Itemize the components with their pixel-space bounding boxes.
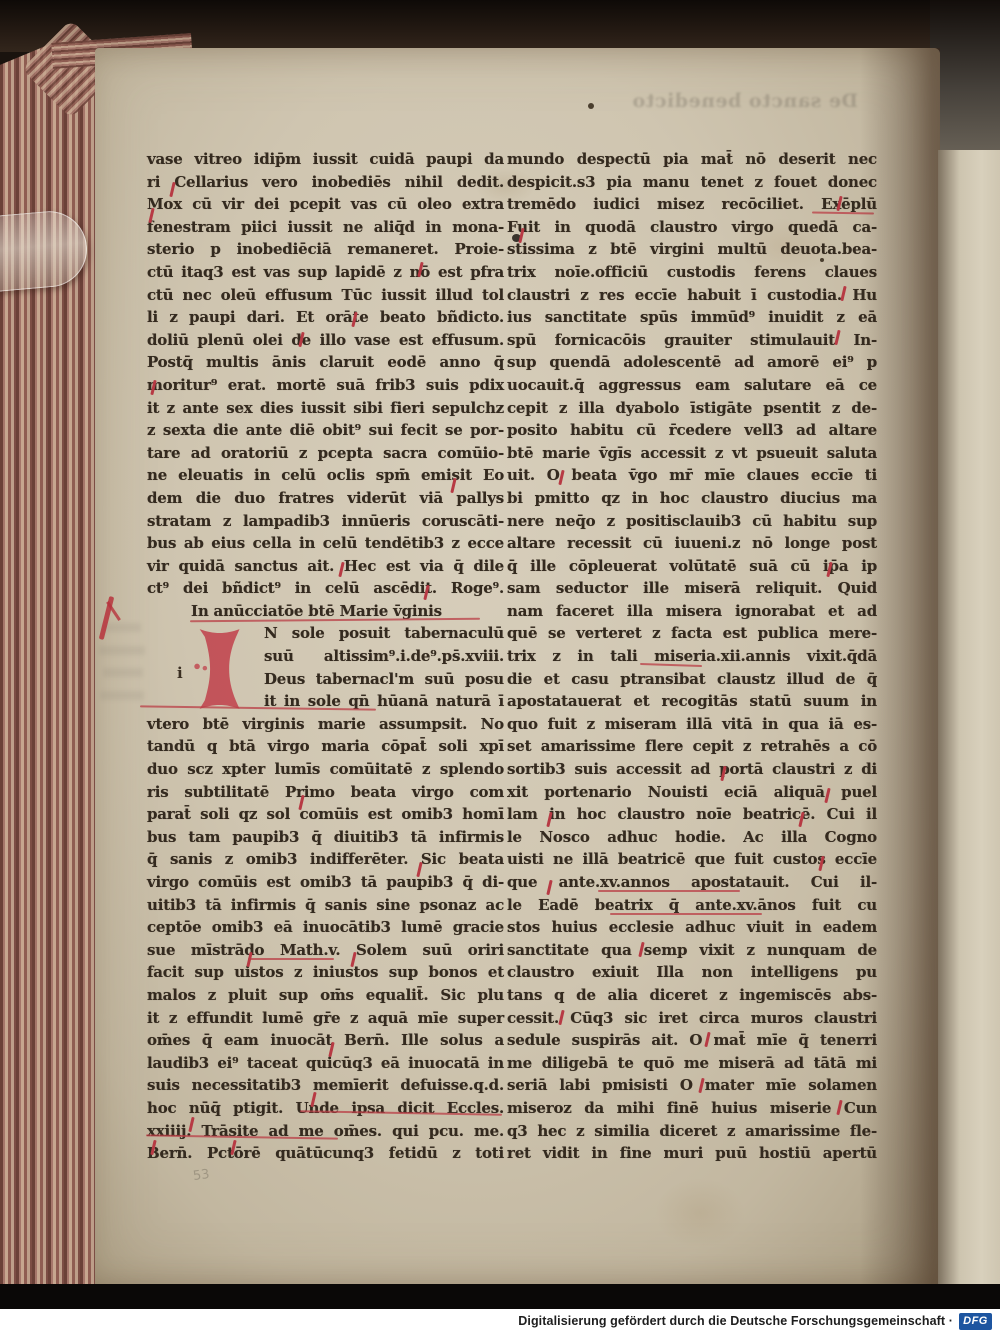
text-line: it z effundit lumē gr̄e z aquā mīe super (147, 1009, 504, 1032)
dfg-caption: Digitalisierung gefördert durch die Deut… (518, 1314, 953, 1328)
text-line: ceptōe omib3 eā inuocātib3 lumē gracie (147, 918, 504, 941)
text-line: stos huius ecclesie adhuc viuit in eadem (507, 918, 877, 941)
text-line: suis necessitatib3 memīerit defuisse.q.d… (147, 1076, 504, 1099)
text-line: vir quidā sanctus ait. Hec est via q̄ di… (147, 557, 504, 580)
text-line: sanctitate qua semp vixit z nunquam de (507, 941, 877, 964)
text-line: fenestram piici iussit ne aliq̄d in mona… (147, 218, 504, 241)
text-line: N sole posuit tabernaculū (264, 624, 504, 647)
text-line: nere neq̄o z positisclauib3 cū habitu su… (507, 512, 877, 535)
text-line: lam in hoc claustro noīe beatricē. Cui i… (507, 805, 877, 828)
text-line: ne eleuatis in celū oclis spm̄ emisit Eo (147, 466, 504, 489)
guide-letter: i (177, 664, 183, 682)
text-line: btē marie v̄gīs accessit z vt psueuit sa… (507, 444, 877, 467)
text-line: vase vitreo idip̄m iussit cuidā paupi da (147, 150, 504, 173)
text-line: tremēdo iudici misez recōciliet. Exēplū (507, 195, 877, 218)
text-line: ctū nec oleū effusum Tūc iussit illud to… (147, 286, 504, 309)
text-line: doliū plenū olei de illo vase est effusu… (147, 331, 504, 354)
paper-stain (655, 1178, 745, 1248)
text-line: tans q de alia diceret z ingemiscēs abs- (507, 986, 877, 1009)
illuminated-initial-I (191, 622, 243, 716)
text-line: Mox cū vir dei pcepit vas cū oleo extra (147, 195, 504, 218)
text-line: bi pmitto qz in hoc claustro diucius ma (507, 489, 877, 512)
text-line: spū fornicacōis grauiter stimulauit In- (507, 331, 877, 354)
text-line: sterio p inobediēciā remaneret. Proie- (147, 240, 504, 263)
facing-page-edge (938, 150, 1000, 1286)
text-line: laudib3 ei⁹ taceat quicūq3 eā inuocatā i… (147, 1054, 504, 1077)
scanned-book-page: De sancto benedicto vase vitreo idip̄m i… (0, 0, 1000, 1333)
text-line: q3 hec z similia diceret z amarissime fl… (507, 1122, 877, 1145)
text-line: mundo despectū pia mat̄ nō deserit nec (507, 150, 877, 173)
text-line: stissima z btē virgini multū deuota.bea- (507, 240, 877, 263)
text-line: ius sanctitate spūs immūd⁹ inuidit z eā (507, 308, 877, 331)
text-line: duo scz xpter lumīs comūitatē z splendo (147, 760, 504, 783)
text-line: quē se verteret z facta est publica mere… (507, 624, 877, 647)
text-column-left: vase vitreo idip̄m iussit cuidā paupi da… (147, 150, 504, 1167)
text-line: ctū itaq3 est vas sup lapidē z nō est pf… (147, 263, 504, 286)
showthrough-smudge (100, 691, 144, 700)
rubric-underline (598, 890, 740, 892)
text-line: facit sup uistos z iniustos sup bonos et (147, 963, 504, 986)
text-line: vtero btē virginis marie assumpsit. No (147, 715, 504, 738)
text-line: xit portenario Nouisti eciā aliquā puel (507, 783, 877, 806)
text-line: tandū q btā virgo maria cōpat̄ soli xpī (147, 737, 504, 760)
manuscript-page: De sancto benedicto vase vitreo idip̄m i… (95, 48, 940, 1286)
text-line: it z ante sex dies iussit sibi fieri sep… (147, 399, 504, 422)
dfg-footer: Digitalisierung gefördert durch die Deut… (0, 1309, 1000, 1333)
showthrough-smudge (103, 668, 143, 677)
initial-indented-lines: N sole posuit tabernaculūsuū altissim⁹.i… (264, 624, 504, 714)
gutter-shadow (860, 48, 940, 1286)
text-line: seriā labi pmisisti O mater mīe solamen (507, 1076, 877, 1099)
text-line: claustri z res eccīe habuit ī custodia. … (507, 286, 877, 309)
text-line: ri Cellarius vero inobediēs nihil dedit. (147, 173, 504, 196)
text-line: quo fuit z miseram illā vitā in qua iā e… (507, 715, 877, 738)
text-line: sortib3 suis accessit ad portā claustri … (507, 760, 877, 783)
text-line: apostatauerat et recogitās statū suum in (507, 692, 877, 715)
text-line: ris subtilitatē Primo beata virgo com (147, 783, 504, 806)
text-line: malos z pluit sup om̄s equalit̄. Sic plu (147, 986, 504, 1009)
text-line: li z paupi dari. Et orāte beato bñdicto. (147, 308, 504, 331)
text-line: suū altissim⁹.i.de⁹.ps̄.xviii. (264, 647, 504, 670)
text-line: moritur⁹ erat. mortē suā frib3 suis pdix (147, 376, 504, 399)
text-line: die et casu ptransibat claustz illud de … (507, 670, 877, 693)
text-line: uitib3 tā infirmis q̄ sanis sine psonaz … (147, 896, 504, 919)
dfg-logo: DFG (959, 1313, 992, 1330)
text-line: Bern̄. Pctōrē quātūcunq3 fetidū z toti (147, 1144, 504, 1167)
text-line: virgo comūis est omib3 tā paupib3 q̄ di- (147, 873, 504, 896)
text-line: miseroz da mihi finē huius miserie Cun (507, 1099, 877, 1122)
rubric-underline (610, 913, 762, 915)
paper-speck (588, 103, 594, 109)
text-line: parat̄ soli qz sol comūis est omib3 homī (147, 805, 504, 828)
text-line: le Nosco adhuc hodie. Ac illa Cogno (507, 828, 877, 851)
text-line: q̄ ille cōpleuerat volūtatē suā cū ip̄a … (507, 557, 877, 580)
background-bottom-band (0, 1284, 1000, 1310)
text-line: nam faceret illa misera ignorabat et ad (507, 602, 877, 625)
pencil-mark: 53 (192, 1167, 210, 1184)
text-line: it in sole qn̄ hūanā naturā ī (264, 692, 504, 715)
text-line: posito habitu cū r̄cedere vell3 ad altar… (507, 421, 877, 444)
text-line: tare ad oratoriū z pcepta sacra comūio- (147, 444, 504, 467)
text-line: despicit.s3 pia manu tenet z fouet donec (507, 173, 877, 196)
text-line: z sexta die ante diē obit⁹ sui fecit se … (147, 421, 504, 444)
text-line: sedule suspirās ait. O mat̄ mīe q̄ tener… (507, 1031, 877, 1054)
text-line: xxiiij. Trāsite ad me om̄es. qui pcu. me… (147, 1122, 504, 1145)
initial-block: iN sole posuit tabernaculūsuū altissim⁹.… (147, 624, 504, 714)
background-top-right-shadow (930, 0, 1000, 160)
showthrough-smudge (99, 646, 145, 655)
text-line: ct⁹ dei bñdict⁹ in celū ascēdit. Roge⁹. (147, 579, 504, 602)
text-line: ret vidit in fine muri puū hostiū apertū (507, 1144, 877, 1167)
text-line: me diligebā te quō me miserā ad tātā mi (507, 1054, 877, 1077)
rubric-underline (248, 958, 334, 960)
text-line: uocauit.q̄ aggressus eam salutare eā ce (507, 376, 877, 399)
text-line: Postq̄ multis ānis claruit eodē anno q̄ (147, 353, 504, 376)
text-line: om̄es q̄ eam inuocāt Bern̄. Ille solus a (147, 1031, 504, 1054)
text-line: stratam z lampadib3 innūeris coruscāti- (147, 512, 504, 535)
text-line: bus ab eius cella in celū tendētib3 z ec… (147, 534, 504, 557)
text-line: altare recessit cū iuueni.z nō longe pos… (507, 534, 877, 557)
text-line: Deus tabernacl'm suū posu (264, 670, 504, 693)
text-line: sam seductor ille miserā reliquit. Quid (507, 579, 877, 602)
text-line: sup quendā adolescentē ad amorē ei⁹ p (507, 353, 877, 376)
text-line: set amarissime flere cepit z retrahēs a … (507, 737, 877, 760)
text-line: cepit z illa dyabolo īstigāte psentit z … (507, 399, 877, 422)
text-line: trix noīe.officiū custodis ferens claues (507, 263, 877, 286)
text-line: Fuit in quodā claustro virgo quedā ca- (507, 218, 877, 241)
text-line: bus tam paupib3 q̄ diuitib3 tā infirmis (147, 828, 504, 851)
text-line: q̄ sanis z omib3 indifferēter. Sic beata (147, 850, 504, 873)
text-line: que ante.xv.annos apostatauit. Cui il- (507, 873, 877, 896)
text-line: claustro exiuit Illa non intelligens pu (507, 963, 877, 986)
